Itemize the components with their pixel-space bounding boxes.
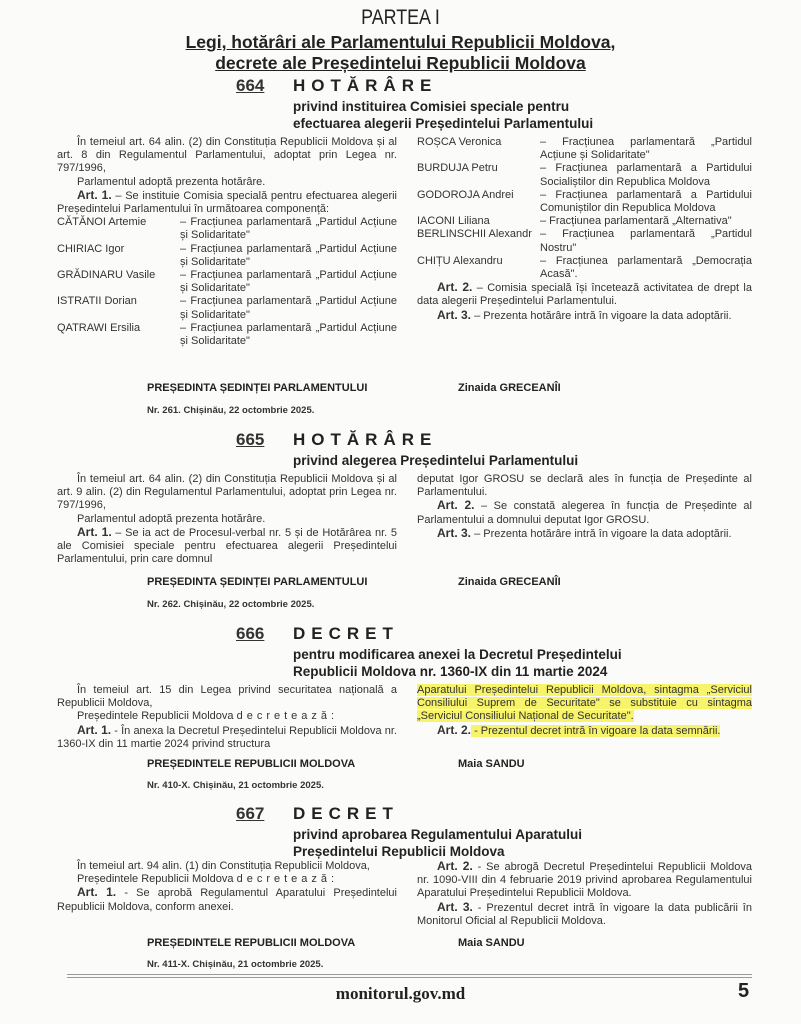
member-row: QATRAWI Ersilia– Fracțiunea parlamentară… xyxy=(57,322,397,348)
act-number: 664 xyxy=(236,76,264,96)
preamble: În temeiul art. 64 alin. (2) din Constit… xyxy=(57,473,397,513)
act-subtitle-line1: pentru modificarea anexei la Decretul Pr… xyxy=(293,646,763,663)
preamble: În temeiul art. 94 alin. (1) din Constit… xyxy=(57,860,397,873)
act-type: HOTĂRÂRE xyxy=(293,76,437,96)
part-heading: PARTEA I xyxy=(60,6,741,30)
member-row: CHIȚU Alexandru– Fracțiunea parlamentară… xyxy=(417,255,752,281)
act-reference: Nr. 411-X. Chișinău, 21 octombrie 2025. xyxy=(147,959,323,970)
signatory-name: Maia SANDU xyxy=(458,758,525,770)
act-667-left-column: În temeiul art. 94 alin. (1) din Constit… xyxy=(57,860,397,914)
signatory-title: PREȘEDINTA ȘEDINȚEI PARLAMENTULUI xyxy=(147,576,367,588)
member-row: GRĂDINARU Vasile– Fracțiunea parlamentar… xyxy=(57,269,397,295)
signatory-title: PREȘEDINTELE REPUBLICII MOLDOVA xyxy=(147,758,355,770)
signatory-title: PREȘEDINTA ȘEDINȚEI PARLAMENTULUI xyxy=(147,382,367,394)
member-row: CHIRIAC Igor– Fracțiunea parlamentară „P… xyxy=(57,243,397,269)
article-2: Art. 2. - Prezentul decret intră în vigo… xyxy=(417,724,752,738)
act-666-left-column: În temeiul art. 15 din Legea privind sec… xyxy=(57,684,397,751)
act-subtitle-line1: privind alegerea Președintelui Parlament… xyxy=(293,452,763,469)
article-2: Art. 2. – Se constată alegerea în funcți… xyxy=(417,499,752,526)
act-667-right-column: Art. 2. - Se abrogă Decretul Președintel… xyxy=(417,860,752,928)
act-666-right-column: Aparatului Președintelui Republicii Mold… xyxy=(417,684,752,738)
article-3: Art. 3. – Prezenta hotărâre intră în vig… xyxy=(417,527,752,541)
page-number: 5 xyxy=(738,980,749,1003)
footer-divider xyxy=(67,977,752,978)
member-row: ROȘCA Veronica– Fracțiunea parlamentară … xyxy=(417,136,752,162)
footer-site: monitorul.gov.md xyxy=(0,984,801,1004)
act-reference: Nr. 261. Chișinău, 22 octombrie 2025. xyxy=(147,405,314,416)
act-664-right-column: ROȘCA Veronica– Fracțiunea parlamentară … xyxy=(417,136,752,323)
member-row: IACONI Liliana– Fracțiunea parlamentară … xyxy=(417,215,752,228)
article-2: Art. 2. – Comisia specială își încetează… xyxy=(417,281,752,308)
act-type: HOTĂRÂRE xyxy=(293,430,437,450)
act-type: DECRET xyxy=(293,804,399,824)
article-1: Art. 1. - În anexa la Decretul Președint… xyxy=(57,724,397,751)
article-3: Art. 3. - Prezentul decret intră în vigo… xyxy=(417,901,752,928)
act-reference: Nr. 262. Chișinău, 22 octombrie 2025. xyxy=(147,599,314,610)
act-subtitle-line2: Președintelui Republicii Moldova xyxy=(293,843,763,860)
act-664-left-column: În temeiul art. 64 alin. (2) din Constit… xyxy=(57,136,397,348)
act-subtitle-line2: Republicii Moldova nr. 1360-IX din 11 ma… xyxy=(293,663,763,680)
act-reference: Nr. 410-X. Chișinău, 21 octombrie 2025. xyxy=(147,780,324,791)
signatory-name: Zinaida GRECEANÎI xyxy=(458,576,561,588)
preamble: În temeiul art. 15 din Legea privind sec… xyxy=(57,684,397,710)
act-subtitle-line1: privind instituirea Comisiei speciale pe… xyxy=(293,98,763,115)
member-row: BURDUJA Petru– Fracțiunea parlamentară a… xyxy=(417,162,752,188)
article-1: Art. 1. – Se instituie Comisia specială … xyxy=(57,189,397,216)
act-type: DECRET xyxy=(293,624,399,644)
article-1: Art. 1. – Se ia act de Procesul-verbal n… xyxy=(57,526,397,567)
signatory-name: Maia SANDU xyxy=(458,937,525,949)
article-3: Art. 3. – Prezenta hotărâre intră în vig… xyxy=(417,309,752,323)
preamble: În temeiul art. 64 alin. (2) din Constit… xyxy=(57,136,397,176)
act-subtitle-line2: efectuarea alegerii Președintelui Parlam… xyxy=(293,115,763,132)
act-subtitle-line1: privind aprobarea Regulamentului Aparatu… xyxy=(293,826,763,843)
article-1-continued-highlighted: Aparatului Președintelui Republicii Mold… xyxy=(417,684,752,724)
act-number: 667 xyxy=(236,804,264,824)
act-665-left-column: În temeiul art. 64 alin. (2) din Constit… xyxy=(57,473,397,566)
section-title-line2: decrete ale Președintelui Republicii Mol… xyxy=(0,53,801,74)
document-page: PARTEA I Legi, hotărâri ale Parlamentulu… xyxy=(0,0,801,1024)
member-row: BERLINSCHII Alexandr– Fracțiunea parlame… xyxy=(417,228,752,254)
member-row: ISTRATII Dorian– Fracțiunea parlamentară… xyxy=(57,295,397,321)
highlighted-text: Aparatului Președintelui Republicii Mold… xyxy=(417,684,752,722)
member-row: GODOROJA Andrei– Fracțiunea parlamentară… xyxy=(417,189,752,215)
act-number: 665 xyxy=(236,430,264,450)
footer-divider xyxy=(67,974,752,975)
article-1-continued: deputat Igor GROSU se declară ales în fu… xyxy=(417,473,752,499)
member-row: CĂTĂNOI Artemie– Fracțiunea parlamentară… xyxy=(57,216,397,242)
act-665-right-column: deputat Igor GROSU se declară ales în fu… xyxy=(417,473,752,541)
signatory-name: Zinaida GRECEANÎI xyxy=(458,382,561,394)
signatory-title: PREȘEDINTELE REPUBLICII MOLDOVA xyxy=(147,937,355,949)
act-number: 666 xyxy=(236,624,264,644)
article-label: Art. 1. xyxy=(77,188,112,202)
section-title-line1: Legi, hotărâri ale Parlamentului Republi… xyxy=(0,32,801,53)
article-1: Art. 1. - Se aprobă Regulamentul Aparatu… xyxy=(57,886,397,913)
article-2: Art. 2. - Se abrogă Decretul Președintel… xyxy=(417,860,752,901)
